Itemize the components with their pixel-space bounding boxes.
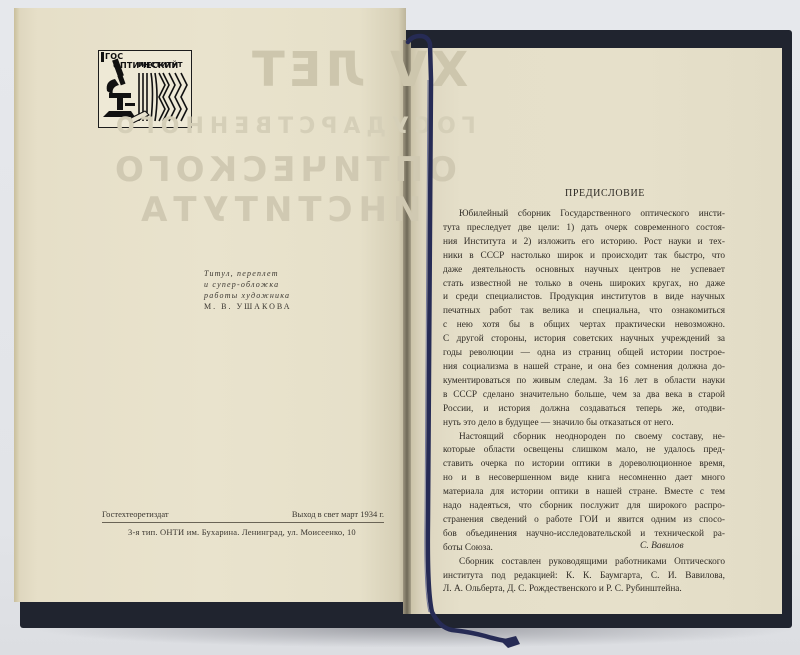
preface-line: но и в несовершенном виде книга несомнен…	[443, 472, 725, 486]
preface-body: Юбилейный сборник Государственного оптич…	[443, 208, 725, 597]
credit-line: работы художника	[204, 290, 304, 301]
preface-line: нуть это дело в будущее — значило бы отк…	[443, 417, 725, 431]
credit-line: Титул, переплет	[204, 268, 304, 279]
printing-house: 3-я тип. ОНТИ им. Бухарина. Ленинград, у…	[128, 527, 356, 537]
preface-line: ставить очерка по истории оптики в дорев…	[443, 458, 725, 472]
show-through-title-line-1: XV ЛЕТ	[248, 42, 468, 98]
preface-line: годы революции — одна из страниц общей и…	[443, 347, 725, 361]
logo-text-gos: ГОС	[105, 52, 123, 61]
logo-text-institute: ИНСТИТУТ	[138, 61, 183, 69]
preface-line: ники в СССР настолько широк и происходит…	[443, 250, 725, 264]
preface-line: странения сведений о работе ГОИ и явится…	[443, 514, 725, 528]
imprint-divider	[102, 522, 384, 523]
left-page-edge	[14, 8, 20, 602]
preface-line: и среди специалистов. Продукция институт…	[443, 291, 725, 305]
release-date: Выход в свет март 1934 г.	[292, 509, 384, 519]
preface-line: печатных работ так велика и специальна, …	[443, 305, 725, 319]
preface-line: материала для истории оптики в нашей стр…	[443, 486, 725, 500]
preface-line: Настоящий сборник неоднороден по своему …	[443, 431, 725, 445]
preface-line: бов объединения научно-исследовательской…	[443, 528, 725, 542]
preface-line: С другой стороны, история советских науч…	[443, 333, 725, 347]
show-through-title-line-3: ОПТИЧЕСКОГО	[110, 150, 457, 190]
preface-line: надо надеяться, что сборник послужит для…	[443, 500, 725, 514]
preface-title: ПРЕДИСЛОВИЕ	[440, 188, 770, 199]
preface-line: даже деятельность основных научных центр…	[443, 264, 725, 278]
show-through-title-line-4: ИНСТИТУТА	[135, 190, 421, 230]
preface-line: института под редакцией: К. К. Баумгарта…	[443, 570, 725, 584]
preface-line: ния социализма в нашей стране, и она без…	[443, 361, 725, 375]
preface-line: Юбилейный сборник Государственного оптич…	[443, 208, 725, 222]
credit-line: и супер-обложка	[204, 279, 304, 290]
preface-line: которые области освещены слишком мало, н…	[443, 444, 725, 458]
preface-line: Сборник составлен руководящими работника…	[443, 556, 725, 570]
preface-line: Л. А. Ольберта, Д. С. Рождественского и …	[443, 583, 725, 597]
preface-line: тута преследует две цели: 1) дать очерк …	[443, 222, 725, 236]
preface-line: стать известной не только в очень широки…	[443, 278, 725, 292]
preface-line: в СССР сделано значительно больше, чем з…	[443, 389, 725, 403]
artist-credit: Титул, переплет и супер-обложка работы х…	[204, 268, 304, 312]
preface-line: с нею хотя бы в общих чертах практически…	[443, 319, 725, 333]
preface-line: России, и история должна создаваться теп…	[443, 403, 725, 417]
preface-line: кументироваться по живым следам. За 16 л…	[443, 375, 725, 389]
show-through-title-line-2: ГОСУДАРСТВЕННОГО	[110, 114, 476, 139]
credit-artist-name: М. В. УШАКОВА	[204, 301, 304, 312]
author-signature: С. Вавилов	[640, 541, 684, 551]
imprint-row: Гостехтеоретиздат Выход в свет март 1934…	[102, 509, 384, 519]
publisher-name: Гостехтеоретиздат	[102, 509, 169, 519]
preface-line: ния Института и 2) изложить его историю.…	[443, 236, 725, 250]
